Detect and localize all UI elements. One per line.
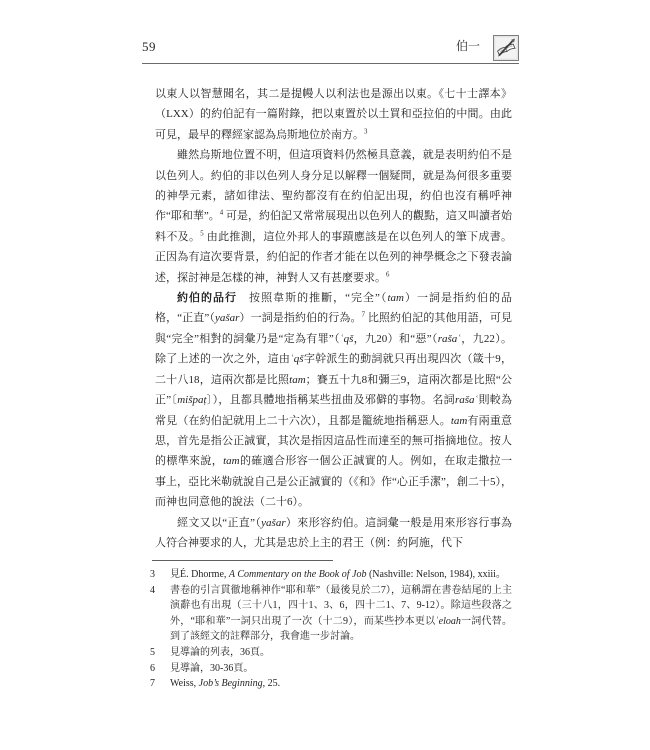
body-paragraph: 以東人以智慧聞名，其二是提幔人以利法也是源出以東。《七十士譯本》（LXX）的約伯… (155, 84, 512, 145)
text-run: tam (289, 374, 306, 386)
text-run: mišpaṭ (177, 394, 206, 406)
text-run: ʿqš (340, 333, 353, 345)
text-run: ）一詞是指約伯的行為。 (239, 312, 361, 324)
text-run: 見導論，30-36頁。 (170, 663, 253, 674)
text-run: 見É. Dhorme, (170, 569, 229, 580)
footnote-text: 見導論的列表，36頁。 (170, 645, 512, 661)
book-page: 59 伯一 (0, 0, 650, 750)
footnote-number: 7 (150, 676, 170, 692)
page-header: 59 伯一 (142, 30, 519, 64)
text-run: 見導論的列表，36頁。 (170, 647, 270, 658)
text-run: rašaʿ (438, 333, 461, 345)
text-run: , 25. (263, 678, 281, 689)
section-label: 伯一 (456, 37, 480, 63)
footnotes-section: 3見É. Dhorme, A Commentary on the Book of… (150, 560, 512, 692)
footnote-number: 4 (150, 583, 170, 645)
text-run: rašaʿ (455, 394, 478, 406)
text-run: tam (451, 415, 468, 427)
text-run: (Nashville: Nelson, 1984), xxiii。 (366, 569, 505, 580)
text-run: ʿqš (290, 353, 303, 365)
text-run: A Commentary on the Book of Job (229, 569, 367, 580)
text-run: 經文又以“正直”（ (177, 517, 261, 529)
footnote-ref: 3 (364, 128, 367, 135)
page-number: 59 (142, 39, 156, 63)
footnote-number: 3 (150, 567, 170, 583)
footnote: 5見導論的列表，36頁。 (150, 645, 512, 661)
text-run: tam (223, 455, 240, 467)
footnote-text: 見導論，30-36頁。 (170, 661, 512, 677)
body-paragraph: 雖然烏斯地位置不明，但這項資料仍然極具意義，就是表明約伯不是以色列人。約伯的非以… (155, 145, 512, 288)
footnote-text: 書卷的引言貫徹地稱神作“耶和華”（最後見於二7），這稱謂在書卷結尾的上主演辭也有… (170, 583, 512, 645)
text-run: 〕），且都具體地指稱某些扭曲及邪僻的事物。名詞 (207, 394, 455, 406)
text-run: tam (387, 292, 404, 304)
body-paragraph: 約伯的品行 按照韋斯的推斷，“完全”（tam）一詞是指約伯的品格，“正直”（ya… (155, 288, 512, 512)
footnote-separator-rule (152, 560, 333, 561)
text-run: ，九20）和“惡”（ (353, 333, 437, 345)
text-run: yašar (261, 517, 285, 529)
text-run: 按照韋斯的推斷，“完全”（ (237, 292, 387, 304)
header-right: 伯一 (456, 35, 519, 63)
footnote: 7Weiss, Job’s Beginning, 25. (150, 676, 512, 692)
footnote-text: 見É. Dhorme, A Commentary on the Book of … (170, 567, 512, 583)
footnote: 6見導論，30-36頁。 (150, 661, 512, 677)
text-run: yašar (215, 312, 239, 324)
text-run: 以東人以智慧聞名，其二是提幔人以利法也是源出以東。《七十士譯本》（LXX）的約伯… (155, 88, 512, 141)
footnote-list: 3見É. Dhorme, A Commentary on the Book of… (150, 567, 512, 692)
footnote-ref: 6 (386, 271, 389, 278)
footnote: 3見É. Dhorme, A Commentary on the Book of… (150, 567, 512, 583)
text-run: Job’s Beginning (199, 678, 263, 689)
text-run: 約伯的品行 (177, 292, 237, 304)
footnote: 4書卷的引言貫徹地稱神作“耶和華”（最後見於二7），這稱謂在書卷結尾的上主演辭也… (150, 583, 512, 645)
footnote-text: Weiss, Job’s Beginning, 25. (170, 676, 512, 692)
text-run: ʾeloah (435, 616, 461, 627)
text-run: Weiss, (170, 678, 199, 689)
footnote-number: 5 (150, 645, 170, 661)
footnote-number: 6 (150, 661, 170, 677)
text-run: 由此推測，這位外邦人的事蹟應該是在以色列人的筆下成書。正因為有這次要背景，約伯記… (155, 231, 512, 284)
open-book-pen-icon (493, 35, 519, 61)
body-text-column: 以東人以智慧聞名，其二是提幔人以利法也是源出以東。《七十士譯本》（LXX）的約伯… (155, 84, 512, 553)
body-paragraph: 經文又以“正直”（yašar）來形容約伯。這詞彙一般是用來形容行事為人符合神要求… (155, 513, 512, 554)
